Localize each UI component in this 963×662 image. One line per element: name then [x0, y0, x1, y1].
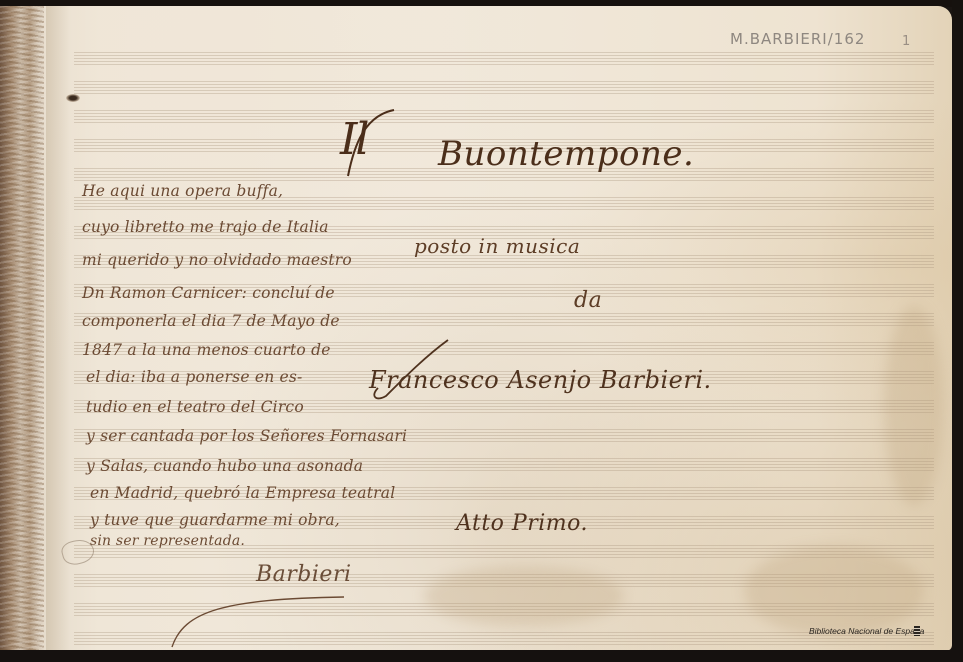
signature: Barbieri: [256, 562, 352, 587]
staff-line: [74, 177, 934, 178]
note-line: en Madrid, quebró la Empresa teatral: [90, 484, 395, 502]
note-line: tudio en el teatro del Circo: [86, 398, 304, 416]
staff-line: [74, 58, 934, 59]
book-binding-edge: [0, 6, 46, 650]
act-label: Atto Primo.: [456, 511, 588, 536]
staff-line: [74, 180, 934, 181]
pen-flourish: [164, 591, 364, 651]
staff-line: [74, 206, 934, 207]
scan-border-right: [952, 0, 963, 662]
work-title: Buontempone.: [438, 134, 694, 174]
staff-line: [74, 174, 934, 175]
staff-line: [74, 64, 934, 65]
paper-stain: [884, 306, 944, 506]
staff-line: [74, 122, 934, 123]
staff-line: [74, 55, 934, 56]
staff-line: [74, 209, 934, 210]
staff-line: [74, 90, 934, 91]
shelfmark-suffix: 1: [902, 34, 910, 49]
shelfmark-label: M.BARBIERI/162: [730, 30, 865, 48]
by-label: da: [574, 288, 602, 313]
page-gutter-shadow: [46, 6, 70, 650]
library-watermark: Biblioteca Nacional de España: [809, 626, 924, 636]
note-line: y ser cantada por los Señores Fornasari: [86, 427, 407, 445]
note-line: sin ser representada.: [90, 533, 245, 549]
paper-stain: [424, 566, 624, 626]
staff-line: [74, 113, 934, 114]
subtitle: posto in musica: [414, 234, 580, 258]
note-line: 1847 a la una menos cuarto de: [82, 341, 331, 359]
title-flourish: [334, 106, 404, 186]
staff-line: [74, 87, 934, 88]
staff-line: [74, 52, 934, 53]
staff-line: [74, 203, 934, 204]
note-line: el dia: iba a ponerse en es-: [86, 368, 302, 386]
staff-line: [74, 81, 934, 82]
note-line: He aqui una opera buffa,: [82, 182, 283, 200]
library-logo-icon: [914, 626, 920, 636]
note-line: Dn Ramon Carnicer: concluí de: [82, 284, 335, 302]
staff-line: [74, 84, 934, 85]
manuscript-scan: Il Buontempone. posto in musica da Franc…: [0, 0, 963, 662]
note-line: componerla el dia 7 de Mayo de: [82, 312, 340, 330]
note-line: y Salas, cuando hubo una asonada: [86, 457, 363, 475]
staff-line: [74, 116, 934, 117]
staff-line: [74, 119, 934, 120]
staff-line: [74, 110, 934, 111]
note-line: y tuve que guardarme mi obra,: [90, 511, 340, 529]
scan-border-bottom: [0, 650, 963, 662]
staff-line: [74, 93, 934, 94]
composer-flourish: [366, 336, 456, 406]
paper-stain: [744, 546, 924, 636]
staff-line: [74, 61, 934, 62]
manuscript-page: Il Buontempone. posto in musica da Franc…: [44, 6, 952, 651]
note-line: cuyo libretto me trajo de Italia: [82, 218, 329, 236]
staff-line: [74, 200, 934, 201]
note-line: mi querido y no olvidado maestro: [82, 251, 352, 269]
